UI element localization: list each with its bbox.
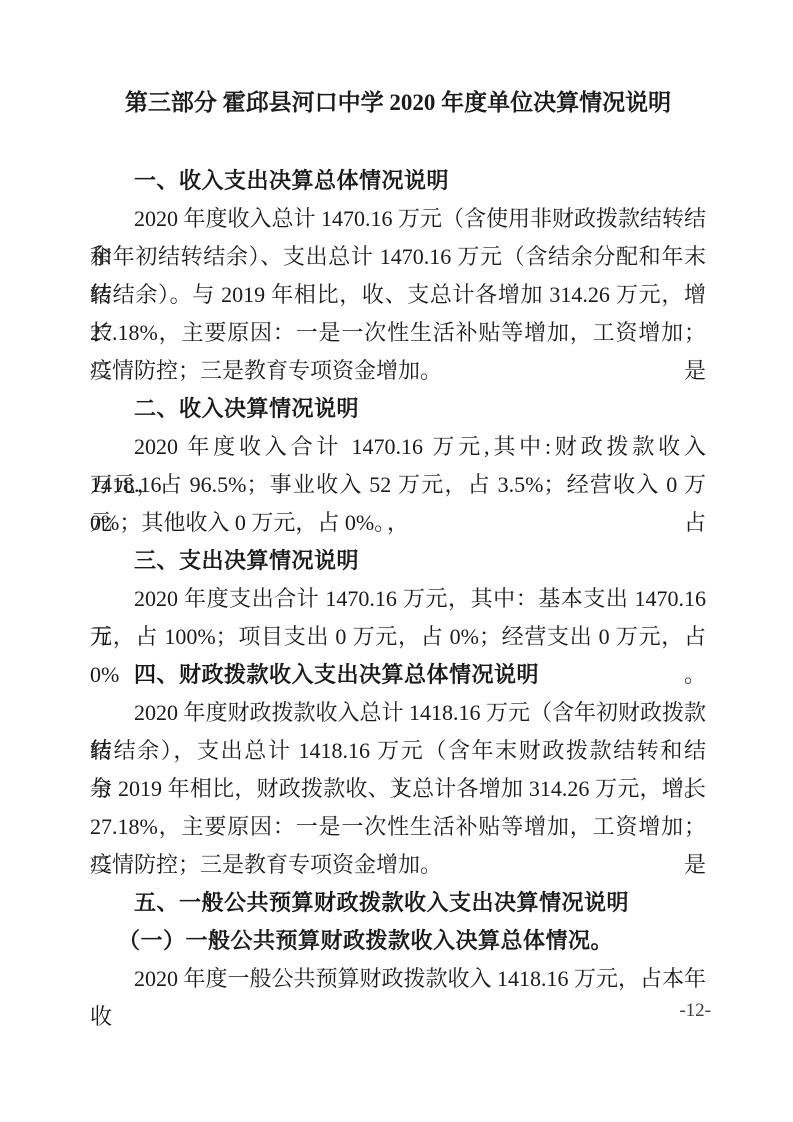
paragraph-line: 2020 年度收入总计 1470.16 万元（含使用非财政拨款结转结余 <box>90 200 706 238</box>
section-heading-1: 一、收入支出决算总体情况说明 <box>90 162 706 200</box>
document-title: 第三部分 霍邱县河口中学 2020 年度单位决算情况说明 <box>90 84 706 122</box>
paragraph-line: 27.18%，主要原因：一是一次性生活补贴等增加，工资增加；二是 <box>90 314 706 352</box>
paragraph-line: 2020 年度财政拨款收入总计 1418.16 万元（含年初财政拨款结 <box>90 694 706 732</box>
document-page: 第三部分 霍邱县河口中学 2020 年度单位决算情况说明 一、收入支出决算总体情… <box>0 0 793 1122</box>
paragraph-line: 转结余）。与 2019 年相比，收、支总计各增加 314.26 万元，增长 <box>90 276 706 314</box>
page-number: -12- <box>679 996 711 1026</box>
section-heading-2: 二、收入决算情况说明 <box>90 390 706 428</box>
subsection-heading-5-1: （一）一般公共预算财政拨款收入决算总体情况。 <box>90 922 706 960</box>
section-heading-3: 三、支出决算情况说明 <box>90 542 706 580</box>
section-heading-5: 五、一般公共预算财政拨款收入支出决算情况说明 <box>90 884 706 922</box>
paragraph-line: 2020 年度收入合计 1470.16 万元,其中:财政拨款收入 1418.16 <box>90 428 706 466</box>
paragraph-line: 27.18%，主要原因：一是一次性生活补贴等增加，工资增加；二是 <box>90 808 706 846</box>
paragraph-line: 万元，占 96.5%；事业收入 52 万元，占 3.5%；经营收入 0 万元，占 <box>90 466 706 504</box>
paragraph-line: 与 2019 年相比，财政拨款收、支总计各增加 314.26 万元，增长 <box>90 770 706 808</box>
paragraph-line: 2020 年度一般公共预算财政拨款收入 1418.16 万元，占本年收 <box>90 960 706 998</box>
paragraph-line: 转结余），支出总计 1418.16 万元（含年末财政拨款结转和结余）。 <box>90 732 706 770</box>
paragraph-line: 元，占 100%；项目支出 0 万元，占 0%；经营支出 0 万元，占 0%。 <box>90 618 706 656</box>
paragraph-line: 2020 年度支出合计 1470.16 万元，其中：基本支出 1470.16 万 <box>90 580 706 618</box>
paragraph-line: 和年初结转结余）、支出总计 1470.16 万元（含结余分配和年末结 <box>90 238 706 276</box>
